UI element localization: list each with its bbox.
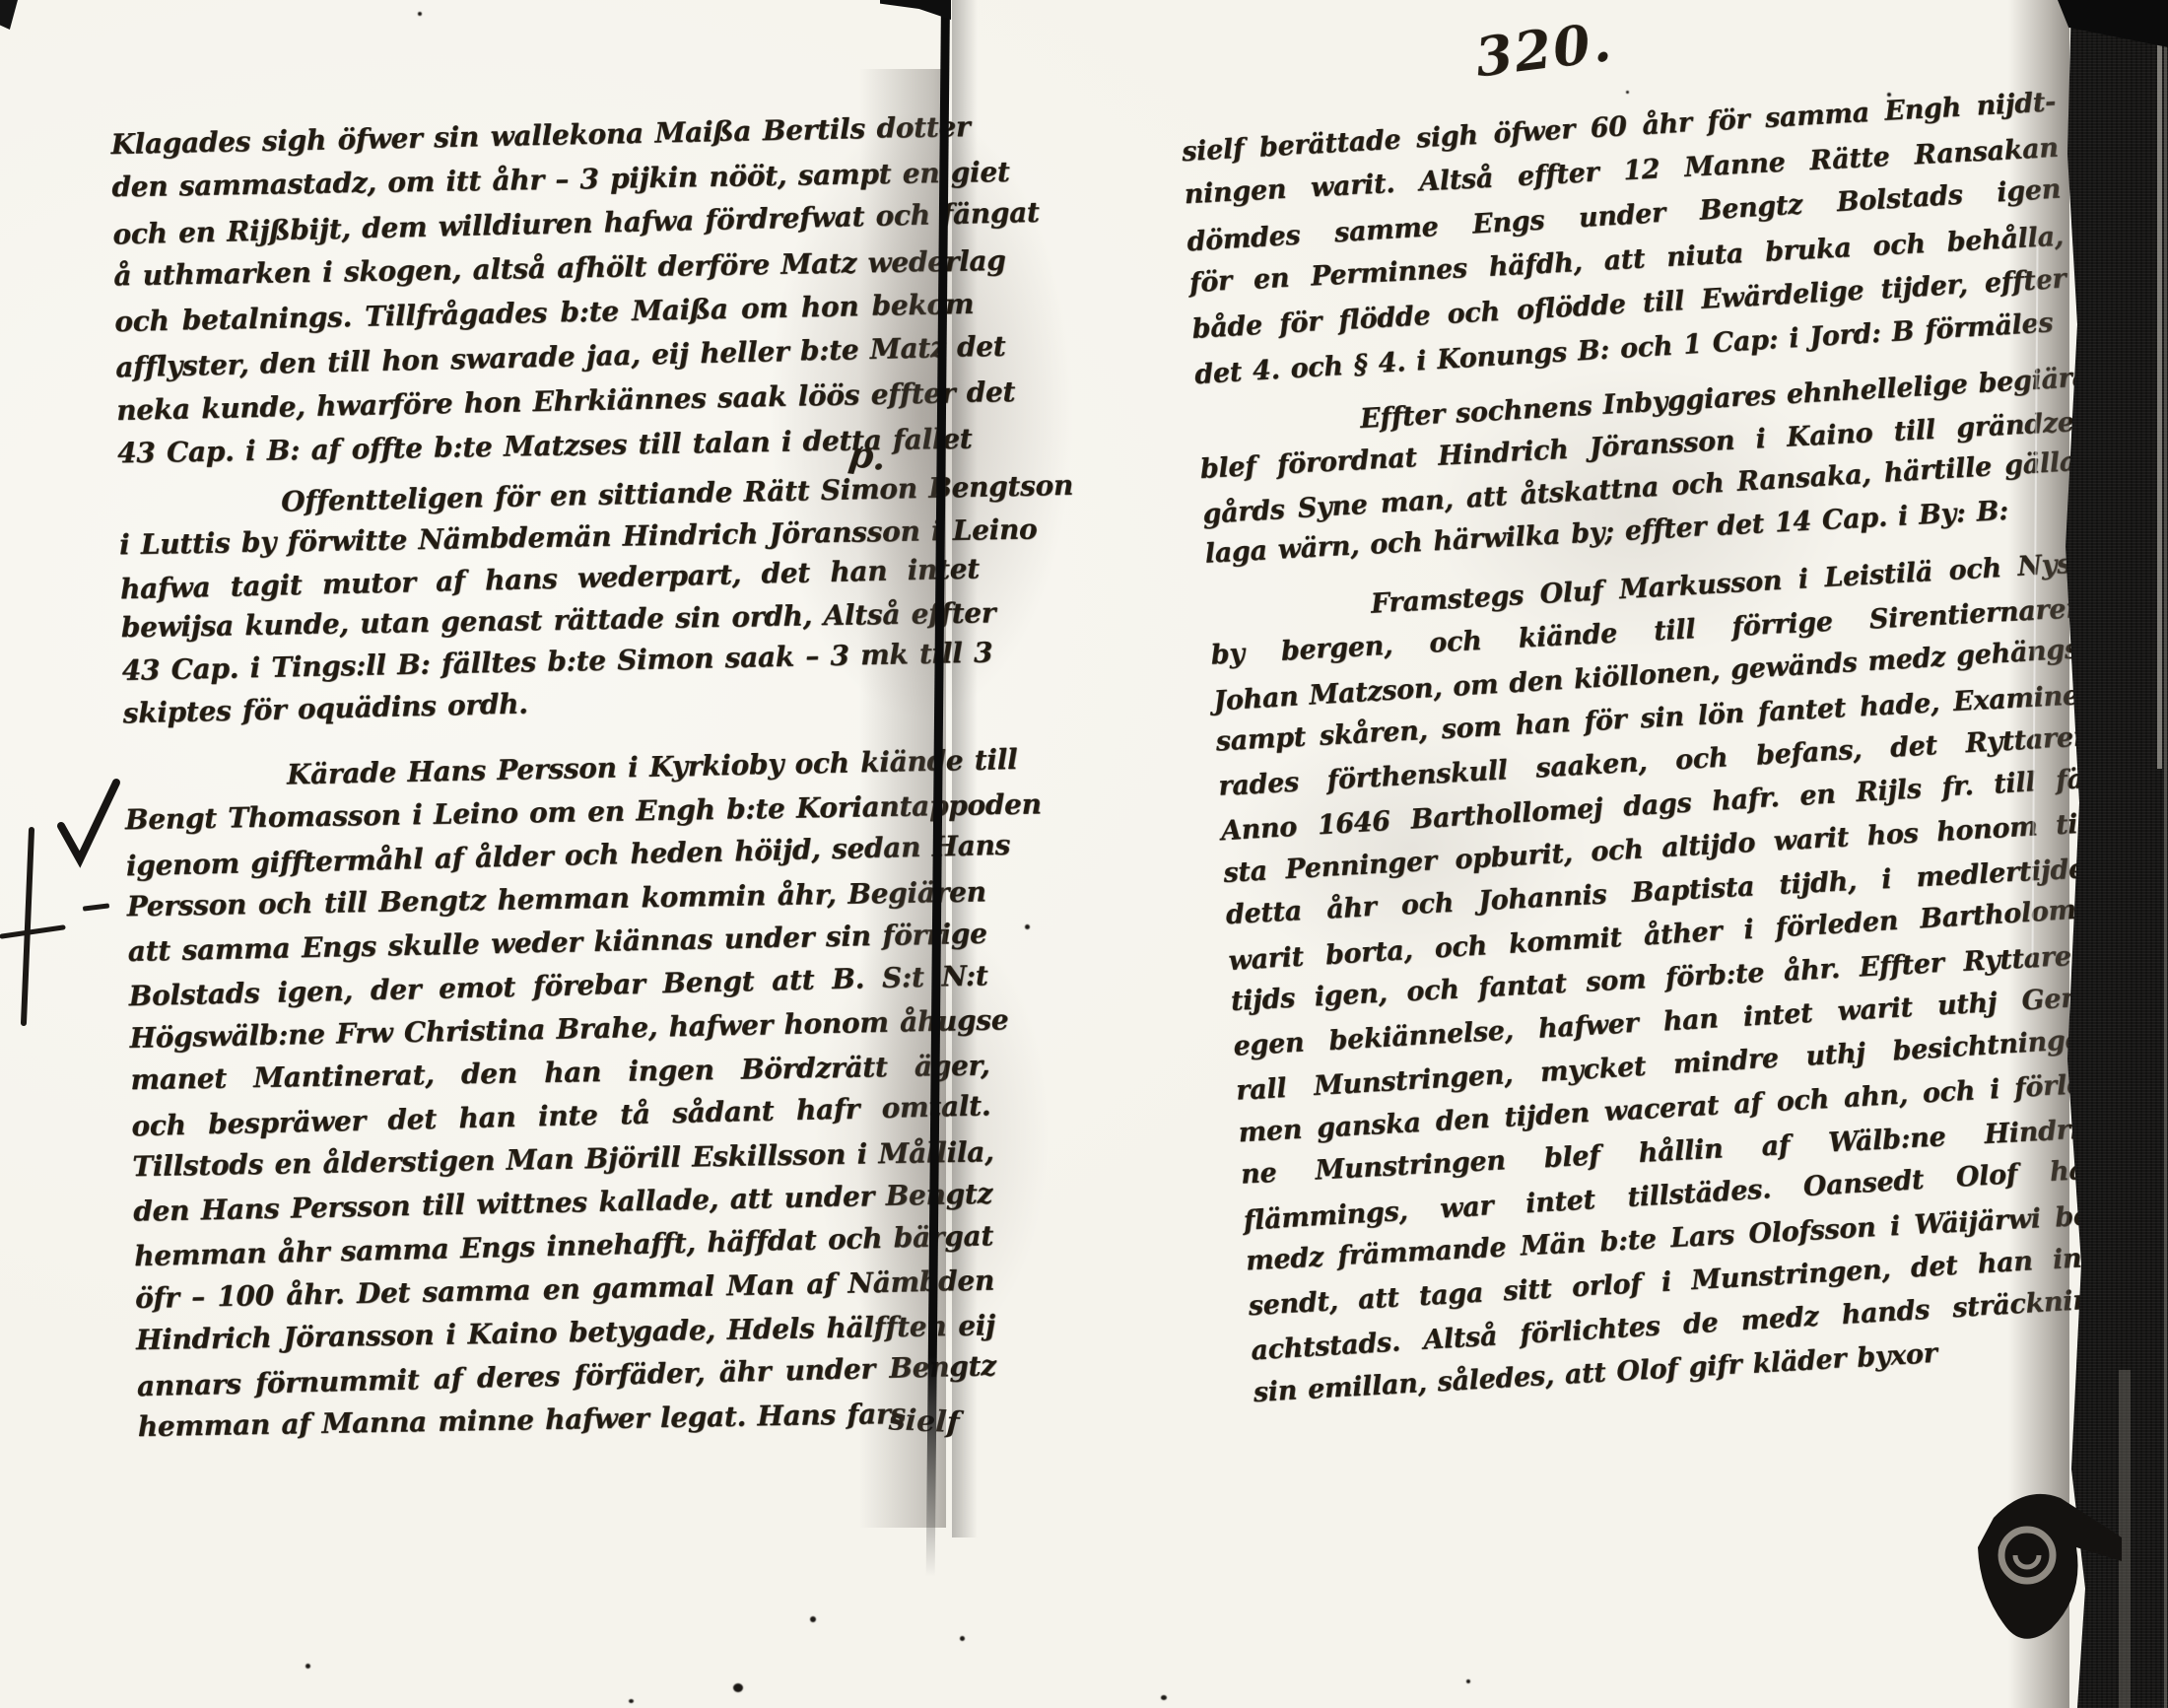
paragraph: sielf berättade sigh öfwer 60 åhr för sa… xyxy=(1181,80,2069,396)
ink-speck xyxy=(960,1636,965,1641)
paragraph: Offentteligen för en sittiande Rätt Simo… xyxy=(118,467,982,733)
clasp-shadow xyxy=(1964,1476,2122,1669)
paragraph: Effter sochnens Inbyggiares ehnhellelige… xyxy=(1196,357,2079,577)
ink-speck xyxy=(1466,1679,1470,1683)
page-number: 320. xyxy=(1472,10,1616,90)
ink-speck xyxy=(1887,93,1891,97)
corner-mark xyxy=(0,0,18,30)
cross-icon xyxy=(0,826,71,1028)
ink-speck xyxy=(1626,91,1629,94)
ink-speck xyxy=(733,1683,743,1692)
ink-speck xyxy=(305,1664,310,1669)
left-page: Klagades sigh öfwer sin wallekona Maißa … xyxy=(110,101,970,118)
gutter-inner-shade xyxy=(952,0,978,1537)
ink-speck xyxy=(1161,1695,1167,1700)
dash-icon xyxy=(83,903,109,911)
ink-speck xyxy=(418,12,422,16)
page-edge-shade xyxy=(2008,0,2069,1708)
manuscript-scan: 320. Klagades sigh öfwer sin wallekona M… xyxy=(0,0,2168,1708)
right-page: sielf berättade sigh öfwer 60 åhr för sa… xyxy=(1181,80,2055,130)
ink-speck xyxy=(810,1616,816,1622)
ink-speck xyxy=(1025,924,1030,929)
ink-speck xyxy=(629,1699,634,1703)
paragraph: Klagades sigh öfwer sin wallekona Maißa … xyxy=(110,104,977,477)
scan-dark-band xyxy=(2062,0,2168,1708)
edge-light-streak xyxy=(2157,0,2162,769)
paragraph: Framstegs Oluf Markusson i Leistilä och … xyxy=(1207,542,2129,1415)
edge-light-streak xyxy=(2164,0,2167,1708)
